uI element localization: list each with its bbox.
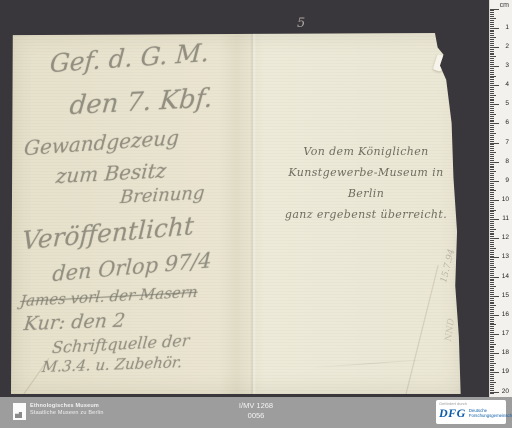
ruler-number: 17 — [502, 331, 509, 337]
paper-tear-mark — [433, 54, 447, 72]
ruler-number: 7 — [505, 140, 509, 146]
ruler-number: 14 — [502, 274, 509, 280]
ruler-number: 8 — [505, 159, 509, 165]
handwritten-line: den Orlop 97/4 — [52, 248, 213, 286]
dfg-logo: DFG — [439, 407, 466, 419]
ruler-unit-label: cm — [500, 2, 509, 9]
printed-dedication-line: ganz ergebenst überreicht. — [273, 204, 459, 225]
handwritten-line: zum Besitz — [55, 158, 167, 188]
paper-crease — [401, 265, 439, 411]
handwritten-line: Breinung — [119, 183, 205, 209]
handwritten-line-struck: James vorl. der Masern — [19, 283, 198, 310]
ruler-number: 16 — [502, 312, 509, 318]
ruler-number: 13 — [502, 254, 509, 260]
ruler-number: 4 — [505, 82, 509, 88]
printed-dedication: Von dem Königlichen Kunstgewerbe-Museum … — [273, 141, 459, 225]
handwritten-line: Gef. d. G. M. — [49, 38, 210, 78]
ruler-number: 12 — [502, 235, 509, 241]
ruler-number: 9 — [505, 178, 509, 184]
ruler-number: 15 — [502, 293, 509, 299]
document-paper: Gef. d. G. M. den 7. Kbf. Gewandgezeug z… — [11, 33, 462, 394]
ruler-number: 10 — [502, 197, 509, 203]
margin-annotation: NND — [444, 318, 457, 342]
handwritten-line: Kur: den 2 — [23, 309, 127, 335]
handwritten-line: Gewandgezeug — [23, 125, 180, 160]
ruler-number: 2 — [505, 44, 509, 50]
measurement-ruler: cm 1234567891011121314151617181920 — [489, 0, 512, 397]
ruler-number: 5 — [505, 101, 509, 107]
handwritten-line: den 7. Kbf. — [68, 84, 214, 122]
ruler-number: 1 — [505, 25, 509, 31]
scan-viewport: Gef. d. G. M. den 7. Kbf. Gewandgezeug z… — [0, 0, 512, 428]
ruler-number: 3 — [505, 63, 509, 69]
handwritten-line: M.3.4. u. Zubehör. — [41, 353, 183, 376]
ruler-number: 19 — [502, 369, 509, 375]
dfg-logo-block: Gefördert durch DFG Deutsche Forschungsg… — [436, 400, 506, 424]
ruler-number: 11 — [502, 216, 509, 222]
footer-bar: Ethnologisches Museum Staatliche Museen … — [0, 397, 512, 428]
ruler-number: 6 — [505, 120, 509, 126]
printed-dedication-line: Von dem Königlichen — [273, 141, 459, 162]
handwritten-line: Veröffentlicht — [21, 211, 194, 255]
printed-dedication-line: Kunstgewerbe-Museum in Berlin — [273, 162, 459, 204]
margin-annotation: 15.7.94 — [439, 248, 457, 284]
page-number-annotation: 5 — [297, 16, 305, 31]
fold-crease — [250, 33, 256, 394]
ruler-number: 18 — [502, 350, 509, 356]
ruler-number: 20 — [502, 389, 509, 395]
dfg-name: Deutsche Forschungsgemeinschaft — [469, 408, 512, 418]
